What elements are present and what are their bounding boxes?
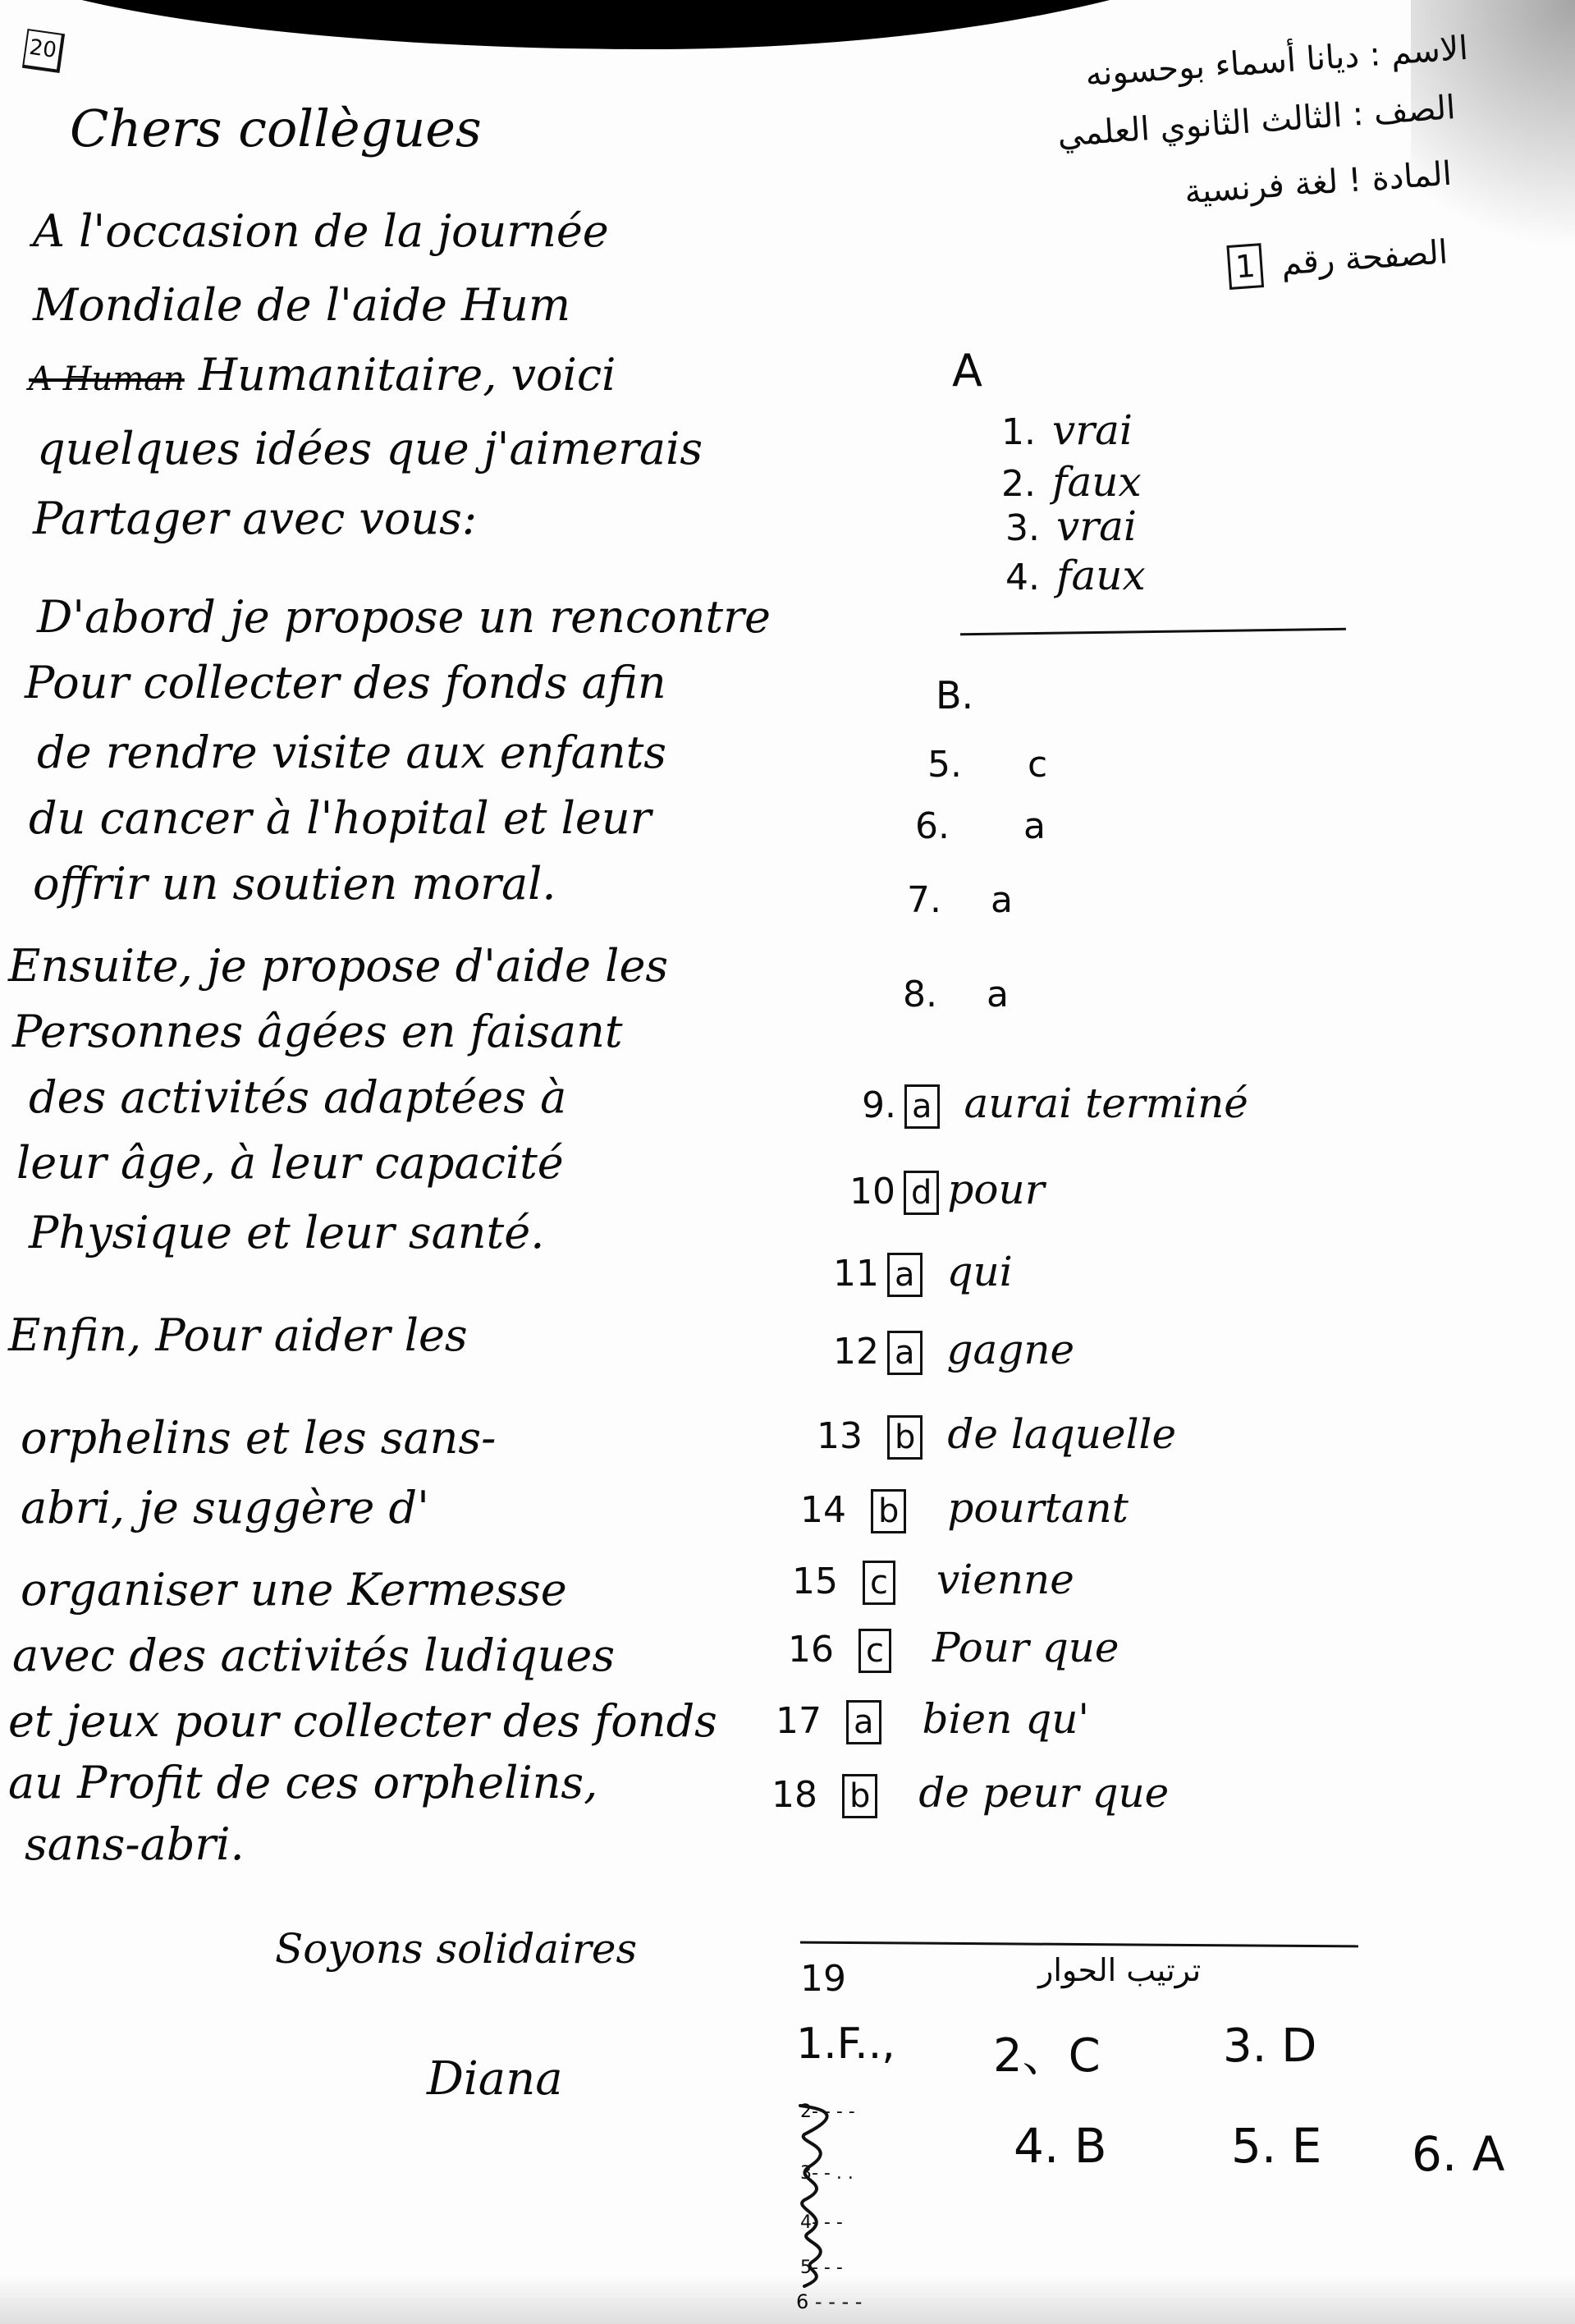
answer-item: 2.faux — [1001, 458, 1142, 506]
answer-text: faux — [1052, 458, 1142, 506]
letter-line: Pour collecter des fonds afin — [25, 657, 666, 708]
answer-text: Pour que — [932, 1624, 1119, 1671]
scan-noise-bottom — [0, 2275, 1575, 2324]
letter-line-text: Humanitaire, voici — [199, 349, 616, 401]
grammar-item: 14bpourtant — [800, 1484, 1129, 1533]
letter-line: Physique et leur santé. — [29, 1207, 544, 1258]
dialogue-answer: 6. A — [1412, 2126, 1504, 2182]
scan-shadow-top — [0, 0, 1346, 49]
answer-text: bien qu' — [923, 1695, 1090, 1743]
page-label: الصفحة رقم — [1280, 233, 1449, 282]
letter-line: Partager avec vous: — [33, 493, 477, 544]
answer-choice: a — [987, 974, 1009, 1015]
class-value: الثالث الثانوي العلمي — [1056, 97, 1344, 154]
answer-text: pourtant — [947, 1484, 1128, 1532]
question-number: 17 — [776, 1700, 822, 1742]
letter-line: orphelins et les sans- — [21, 1412, 496, 1464]
letter-line: leur âge, à leur capacité — [16, 1137, 564, 1189]
answer-text: vrai — [1056, 502, 1137, 550]
page-number-badge: 20 — [22, 29, 65, 73]
question-number: 16 — [788, 1629, 834, 1671]
choice-box: d — [904, 1171, 939, 1215]
choice-box: a — [887, 1253, 923, 1297]
grammar-item: 9.aaurai terminé — [862, 1079, 1248, 1129]
scribble-strikeout-icon — [792, 2102, 841, 2290]
letter-closing: Soyons solidaires — [275, 1925, 637, 1973]
dialogue-order-title: ترتيب الحوار — [1038, 1952, 1201, 1988]
letter-line: des activités adaptées à — [29, 1071, 566, 1123]
page-number-box: 1 — [1226, 243, 1264, 290]
grammar-item: 13bde laquelle — [817, 1410, 1176, 1460]
answer-text: pour — [947, 1166, 1044, 1213]
answer-text: vienne — [936, 1556, 1074, 1603]
dialogue-answer: 2、C — [993, 2019, 1101, 2085]
choice-box: b — [842, 1774, 877, 1818]
choice-box: a — [904, 1084, 940, 1129]
answer-text: vrai — [1052, 406, 1133, 454]
answer-item: 3.vrai — [1005, 502, 1137, 550]
letter-line: Ensuite, je propose d'aide les — [8, 940, 668, 992]
answer-text: de laquelle — [947, 1410, 1176, 1458]
grammar-item: 10dpour — [849, 1166, 1045, 1215]
divider-line — [960, 628, 1346, 636]
answer-item: 6.a — [915, 800, 1046, 848]
answer-text: de peur que — [918, 1769, 1169, 1817]
letter-line: abri, je suggère d' — [21, 1482, 429, 1533]
answer-number: 6. — [915, 805, 950, 847]
grammar-item: 12agagne — [833, 1326, 1074, 1375]
answer-choice: a — [991, 879, 1013, 921]
section-b-label: B. — [936, 673, 973, 717]
answer-text: qui — [947, 1248, 1013, 1295]
answer-item: 8.a — [903, 969, 1009, 1016]
letter-line: avec des activités ludiques — [12, 1630, 615, 1681]
subject-value: لغة فرنسية — [1184, 163, 1339, 211]
dialogue-answer: 1.F.., — [796, 2019, 895, 2069]
answer-choice: c — [1028, 744, 1047, 786]
grammar-item: 15cvienne — [792, 1556, 1074, 1605]
dialogue-answer: 5. E — [1231, 2118, 1321, 2174]
letter-line: Mondiale de l'aide Hum — [33, 279, 570, 331]
letter-line: du cancer à l'hopital et leur — [29, 792, 651, 844]
letter-line: A l'occasion de la journée — [33, 205, 609, 257]
question-number: 10 — [849, 1171, 895, 1212]
grammar-item: 16cPour que — [788, 1624, 1119, 1673]
divider-line — [800, 1941, 1358, 1948]
grammar-item: 17abien qu' — [776, 1695, 1089, 1744]
answer-text: gagne — [947, 1326, 1075, 1373]
crossed-out-text: A Human — [29, 360, 185, 398]
letter-signature: Diana — [427, 2052, 563, 2106]
dialogue-answer: 4. B — [1014, 2118, 1107, 2174]
question-number: 11 — [833, 1253, 879, 1295]
class-field: الصف : الثالث الثانوي العلمي — [1056, 89, 1457, 154]
question-number: 9. — [862, 1084, 896, 1126]
answer-item: 7.a — [907, 874, 1013, 922]
answer-text: aurai terminé — [964, 1079, 1248, 1127]
choice-box: b — [887, 1415, 923, 1460]
question-number: 19 — [800, 1958, 846, 2000]
choice-box: c — [858, 1629, 891, 1673]
letter-line: et jeux pour collecter des fonds — [8, 1695, 717, 1747]
crossed-list-item: 6 - - - - — [796, 2290, 862, 2313]
letter-line: D'abord je propose un rencontre — [37, 591, 771, 643]
question-number: 14 — [800, 1489, 846, 1531]
dialogue-answer: 3. D — [1223, 2019, 1316, 2073]
answer-item: 4.faux — [1005, 552, 1146, 599]
letter-line: de rendre visite aux enfants — [37, 727, 666, 778]
answer-item: 5.c — [927, 739, 1047, 786]
question-number: 12 — [833, 1331, 879, 1373]
letter-line: au Profit de ces orphelins, — [8, 1757, 597, 1808]
grammar-item: 18bde peur que — [771, 1769, 1169, 1818]
answer-number: 5. — [927, 744, 962, 786]
subject-label: المادة — [1371, 155, 1453, 199]
question-number: 13 — [817, 1415, 863, 1457]
choice-box: c — [863, 1561, 895, 1605]
class-label: الصف — [1373, 89, 1457, 132]
answer-choice: a — [1023, 805, 1046, 847]
grammar-item: 11aqui — [833, 1248, 1013, 1297]
answer-item: 1.vrai — [1001, 406, 1133, 454]
answer-number: 7. — [907, 879, 941, 921]
letter-line: quelques idées que j'aimerais — [37, 423, 703, 474]
question-number: 15 — [792, 1561, 838, 1602]
answer-number: 1. — [1001, 411, 1036, 453]
letter-line: offrir un soutien moral. — [33, 858, 556, 910]
letter-line: Personnes âgées en faisant — [12, 1006, 623, 1057]
letter-line: sans-abri. — [25, 1818, 245, 1870]
letter-greeting: Chers collègues — [70, 99, 482, 158]
name-value: ديانا أسماء بوحسونه — [1084, 37, 1360, 94]
name-label: الاسم — [1390, 30, 1469, 72]
question-number: 18 — [771, 1774, 817, 1816]
choice-box: b — [871, 1489, 906, 1533]
answer-number: 3. — [1005, 507, 1040, 549]
letter-line-with-correction: A Human Humanitaire, voici — [29, 349, 616, 401]
answer-number: 4. — [1005, 557, 1040, 598]
answer-number: 8. — [903, 974, 937, 1015]
answer-number: 2. — [1001, 463, 1036, 505]
answer-text: faux — [1056, 552, 1146, 599]
choice-box: a — [846, 1700, 881, 1744]
letter-line: organiser une Kermesse — [21, 1564, 567, 1616]
letter-line: Enfin, Pour aider les — [8, 1309, 468, 1361]
section-a-label: A — [952, 345, 982, 397]
choice-box: a — [887, 1331, 923, 1375]
